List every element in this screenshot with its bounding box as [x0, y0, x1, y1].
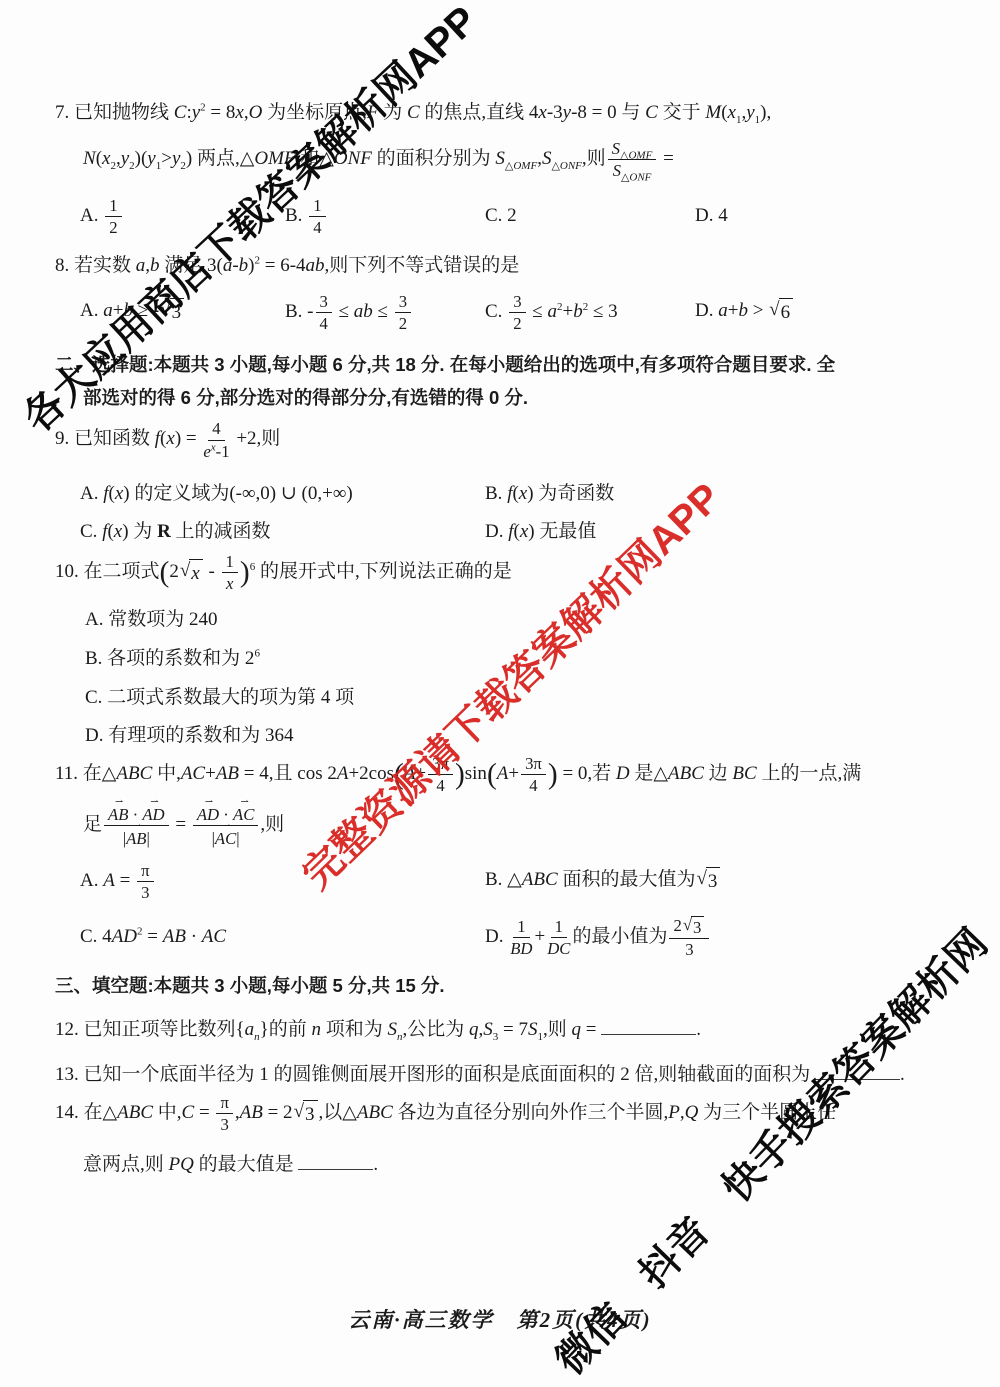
- q9-options-row-1-cell-1: B. f(x) 为奇函数: [485, 481, 950, 508]
- q10-option-d: D. 有理项的系数和为 364: [55, 723, 950, 750]
- q11-stem-line-1: 11. 在△ABC 中,AC+AB = 4,且 cos 2A+2cos(A+3π…: [55, 754, 950, 795]
- q7-options-cell-3: D. 4: [695, 203, 950, 230]
- section-2-line-2: 部选对的得 6 分,部分选对的得部分分,有选错的得 0 分.: [55, 385, 950, 411]
- math-fraction: 2√33: [669, 916, 709, 959]
- q7-options-cell-2: C. 2: [485, 203, 695, 230]
- q9-options-row-2-cell-1: D. f(x) 无最值: [485, 519, 950, 546]
- math-fraction: 32: [509, 292, 525, 333]
- q8-options-cell-2: C. 32 ≤ a2+b2 ≤ 3: [485, 292, 695, 333]
- math-fraction: 32: [395, 292, 411, 333]
- math-vector: AC: [215, 829, 236, 848]
- math-vector: AB: [126, 829, 146, 848]
- q14-stem-line-2: 意两点,则 PQ 的最大值是 .: [55, 1150, 950, 1179]
- q12-stem: 12. 已知正项等比数列{an}的前 n 项和为 Sn,公比为 q,S3 = 7…: [55, 1015, 950, 1044]
- math-radical: √3: [696, 867, 720, 896]
- math-radical: √6: [769, 298, 793, 327]
- math-vector: AB: [108, 805, 128, 824]
- math-radical: √x: [180, 559, 203, 588]
- math-radical: √3: [683, 916, 705, 937]
- math-fraction: 12: [105, 196, 121, 237]
- math-fraction: 34: [316, 292, 332, 333]
- q10-option-a: A. 常数项为 240: [55, 607, 950, 634]
- math-fraction: S△OMFS△ONF: [608, 139, 657, 180]
- section-2-line-1: 二、选择题:本题共 3 小题,每小题 6 分,共 18 分. 在每小题给出的选项…: [55, 352, 950, 378]
- math-fraction: π3: [137, 861, 153, 902]
- math-fraction: 14: [309, 196, 325, 237]
- q8-options-cell-1: B. -34 ≤ ab ≤ 32: [285, 292, 485, 333]
- q8-options-cell-3: D. a+b > √6: [695, 298, 950, 327]
- q7-stem-line-2: N(x2,y2)(y1>y2) 两点,△OMF 和△ONF 的面积分别为 S△O…: [55, 139, 950, 180]
- answer-blank: [815, 1060, 900, 1080]
- q11-options-row-2-cell-0: C. 4AD2 = AB · AC: [80, 924, 485, 951]
- q9-options-row-1: A. f(x) 的定义域为(-∞,0) ∪ (0,+∞)B. f(x) 为奇函数: [55, 481, 950, 508]
- q7-options-cell-0: A. 12: [80, 196, 285, 237]
- math-fraction: 4ex-1: [203, 419, 229, 460]
- q9-options-row-2: C. f(x) 为 R 上的减函数D. f(x) 无最值: [55, 519, 950, 546]
- q11-options-row-1-cell-1: B. △ABC 面积的最大值为√3: [485, 867, 950, 896]
- q7-options-cell-1: B. 14: [285, 196, 485, 237]
- q8-stem: 8. 若实数 a,b 满足 3(a-b)2 = 6-4ab,则下列不等式错误的是: [55, 253, 950, 280]
- q14-stem-line-1: 14. 在△ABC 中,C = π3,AB = 2√3,以△ABC 各边为直径分…: [55, 1093, 950, 1134]
- q7-options: A. 12B. 14C. 2D. 4: [55, 196, 950, 237]
- q11-options-row-2-cell-1: D. 1BD+1DC的最小值为2√33: [485, 916, 950, 959]
- q9-options-row-2-cell-0: C. f(x) 为 R 上的减函数: [80, 519, 485, 546]
- math-fraction: 3π4: [521, 754, 546, 795]
- q7-stem-line-1: 7. 已知抛物线 C:y2 = 8x,O 为坐标原点,F 为 C 的焦点,直线 …: [55, 100, 950, 127]
- math-vector: AD: [197, 805, 219, 824]
- answer-blank: [601, 1015, 696, 1035]
- math-fraction: AD · AC|AC|: [193, 803, 259, 848]
- q8-options-cell-0: A. a+b ≥ -√3: [80, 298, 285, 327]
- q10-stem: 10. 在二项式(2√x - 1x)6 的展开式中,下列说法正确的是: [55, 552, 950, 593]
- math-fraction: 1DC: [547, 917, 570, 958]
- answer-blank: [298, 1150, 373, 1170]
- q11-options-row-2: C. 4AD2 = AB · ACD. 1BD+1DC的最小值为2√33: [55, 916, 950, 959]
- page-footer: 云南·高三数学 第2页(共4页): [0, 1306, 1000, 1335]
- content: 7. 已知抛物线 C:y2 = 8x,O 为坐标原点,F 为 C 的焦点,直线 …: [0, 0, 1000, 1179]
- math-fraction: 1BD: [510, 917, 532, 958]
- exam-page: 7. 已知抛物线 C:y2 = 8x,O 为坐标原点,F 为 C 的焦点,直线 …: [0, 0, 1000, 1387]
- math-radical: √3: [160, 298, 184, 327]
- math-fraction: AB · AD|AB|: [104, 803, 169, 848]
- math-fraction: 3π4: [428, 754, 453, 795]
- q10-option-c: C. 二项式系数最大的项为第 4 项: [55, 685, 950, 712]
- q8-options: A. a+b ≥ -√3B. -34 ≤ ab ≤ 32C. 32 ≤ a2+b…: [55, 292, 950, 333]
- q11-options-row-1: A. A = π3B. △ABC 面积的最大值为√3: [55, 861, 950, 902]
- section-3: 三、填空题:本题共 3 小题,每小题 5 分,共 15 分.: [55, 973, 950, 999]
- math-fraction: 1x: [222, 552, 238, 593]
- math-vector: AD: [142, 805, 164, 824]
- math-vector: AC: [233, 805, 254, 824]
- q11-options-row-1-cell-0: A. A = π3: [80, 861, 485, 902]
- q9-options-row-1-cell-0: A. f(x) 的定义域为(-∞,0) ∪ (0,+∞): [80, 481, 485, 508]
- math-fraction: π3: [216, 1093, 232, 1134]
- q11-stem-line-2: 足AB · AD|AB| = AD · AC|AC|,则: [55, 803, 950, 848]
- q10-option-b: B. 各项的系数和为 26: [55, 646, 950, 673]
- math-radical: √3: [294, 1100, 318, 1129]
- q13-stem: 13. 已知一个底面半径为 1 的圆锥侧面展开图形的面积是底面面积的 2 倍,则…: [55, 1060, 950, 1089]
- q9-stem: 9. 已知函数 f(x) = 4ex-1 +2,则: [55, 419, 950, 460]
